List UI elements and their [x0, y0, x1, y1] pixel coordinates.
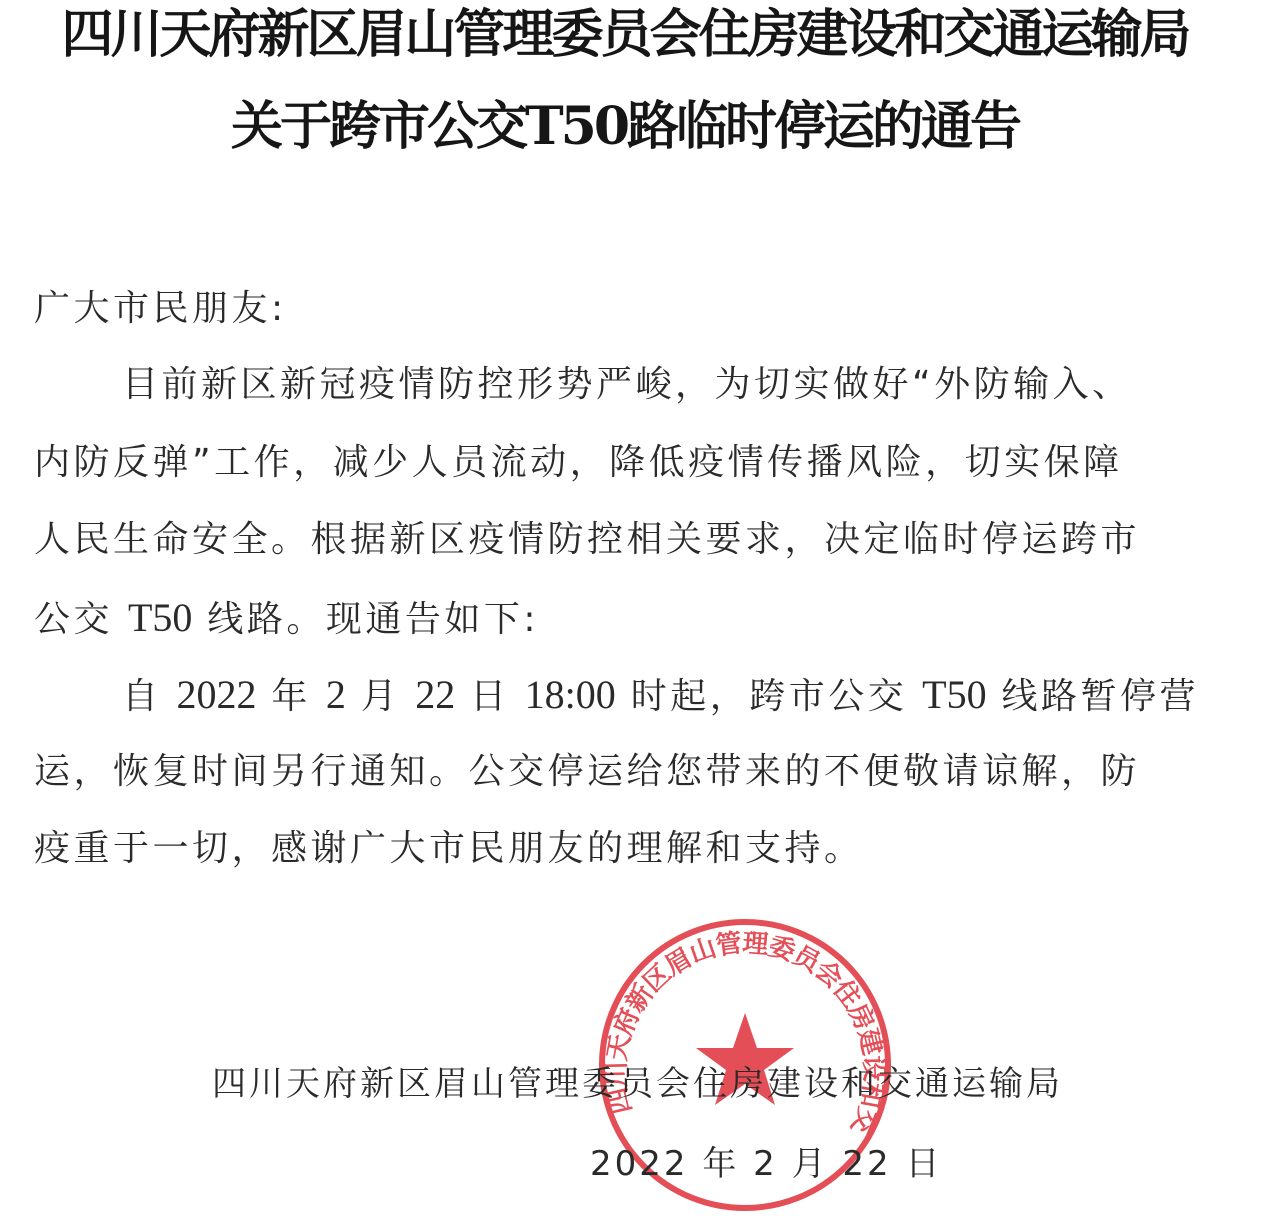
text-segment: 年 — [256, 676, 325, 717]
text-segment: 月 — [346, 676, 415, 717]
issue-date: 2022 年 2 月 22 日 — [590, 1136, 942, 1185]
paragraph1-line4: 公交 T50 线路。现通告如下: — [34, 595, 1224, 643]
time: 18:00 — [525, 672, 616, 717]
month: 2 — [326, 672, 346, 717]
notice-title-line1: 四川天府新区眉山管理委员会住房建设和交通运输局 — [0, 0, 1258, 70]
day: 22 — [415, 672, 455, 717]
paragraph1-line3: 人民生命安全。根据新区疫情防控相关要求，决定临时停运跨市 — [34, 517, 1224, 563]
notice-title-line2: 关于跨市公交T50路临时停运的通告 — [0, 92, 1258, 162]
paragraph2-line3: 疫重于一切，感谢广大市民朋友的理解和支持。 — [34, 826, 1224, 872]
greeting: 广大市民朋友: — [34, 286, 1224, 332]
text-segment: 公交 — [34, 599, 128, 640]
text-segment: 自 — [122, 676, 176, 717]
text-segment: 线路。现通告如下: — [192, 599, 539, 640]
paragraph1-line2: 内防反弹”工作，减少人员流动，降低疫情传播风险，切实保障 — [34, 440, 1224, 486]
paragraph2-line2: 运，恢复时间另行通知。公交停运给您带来的不便敬请谅解，防 — [34, 749, 1224, 795]
text-segment: 线路暂停营 — [987, 676, 1199, 717]
issuer-signature: 四川天府新区眉山管理委员会住房建设和交通运输局 — [212, 1056, 1063, 1105]
paragraph2-line1: 自 2022 年 2 月 22 日 18:00 时起，跨市公交 T50 线路暂停… — [122, 672, 1266, 720]
paragraph1-line1: 目前新区新冠疫情防控形势严峻，为切实做好“外防输入、 — [122, 362, 1266, 408]
route-number: T50 — [128, 595, 192, 640]
text-segment: 日 — [455, 676, 524, 717]
year: 2022 — [176, 672, 256, 717]
text-segment: 时起，跨市公交 — [616, 676, 922, 717]
route-number: T50 — [922, 672, 986, 717]
